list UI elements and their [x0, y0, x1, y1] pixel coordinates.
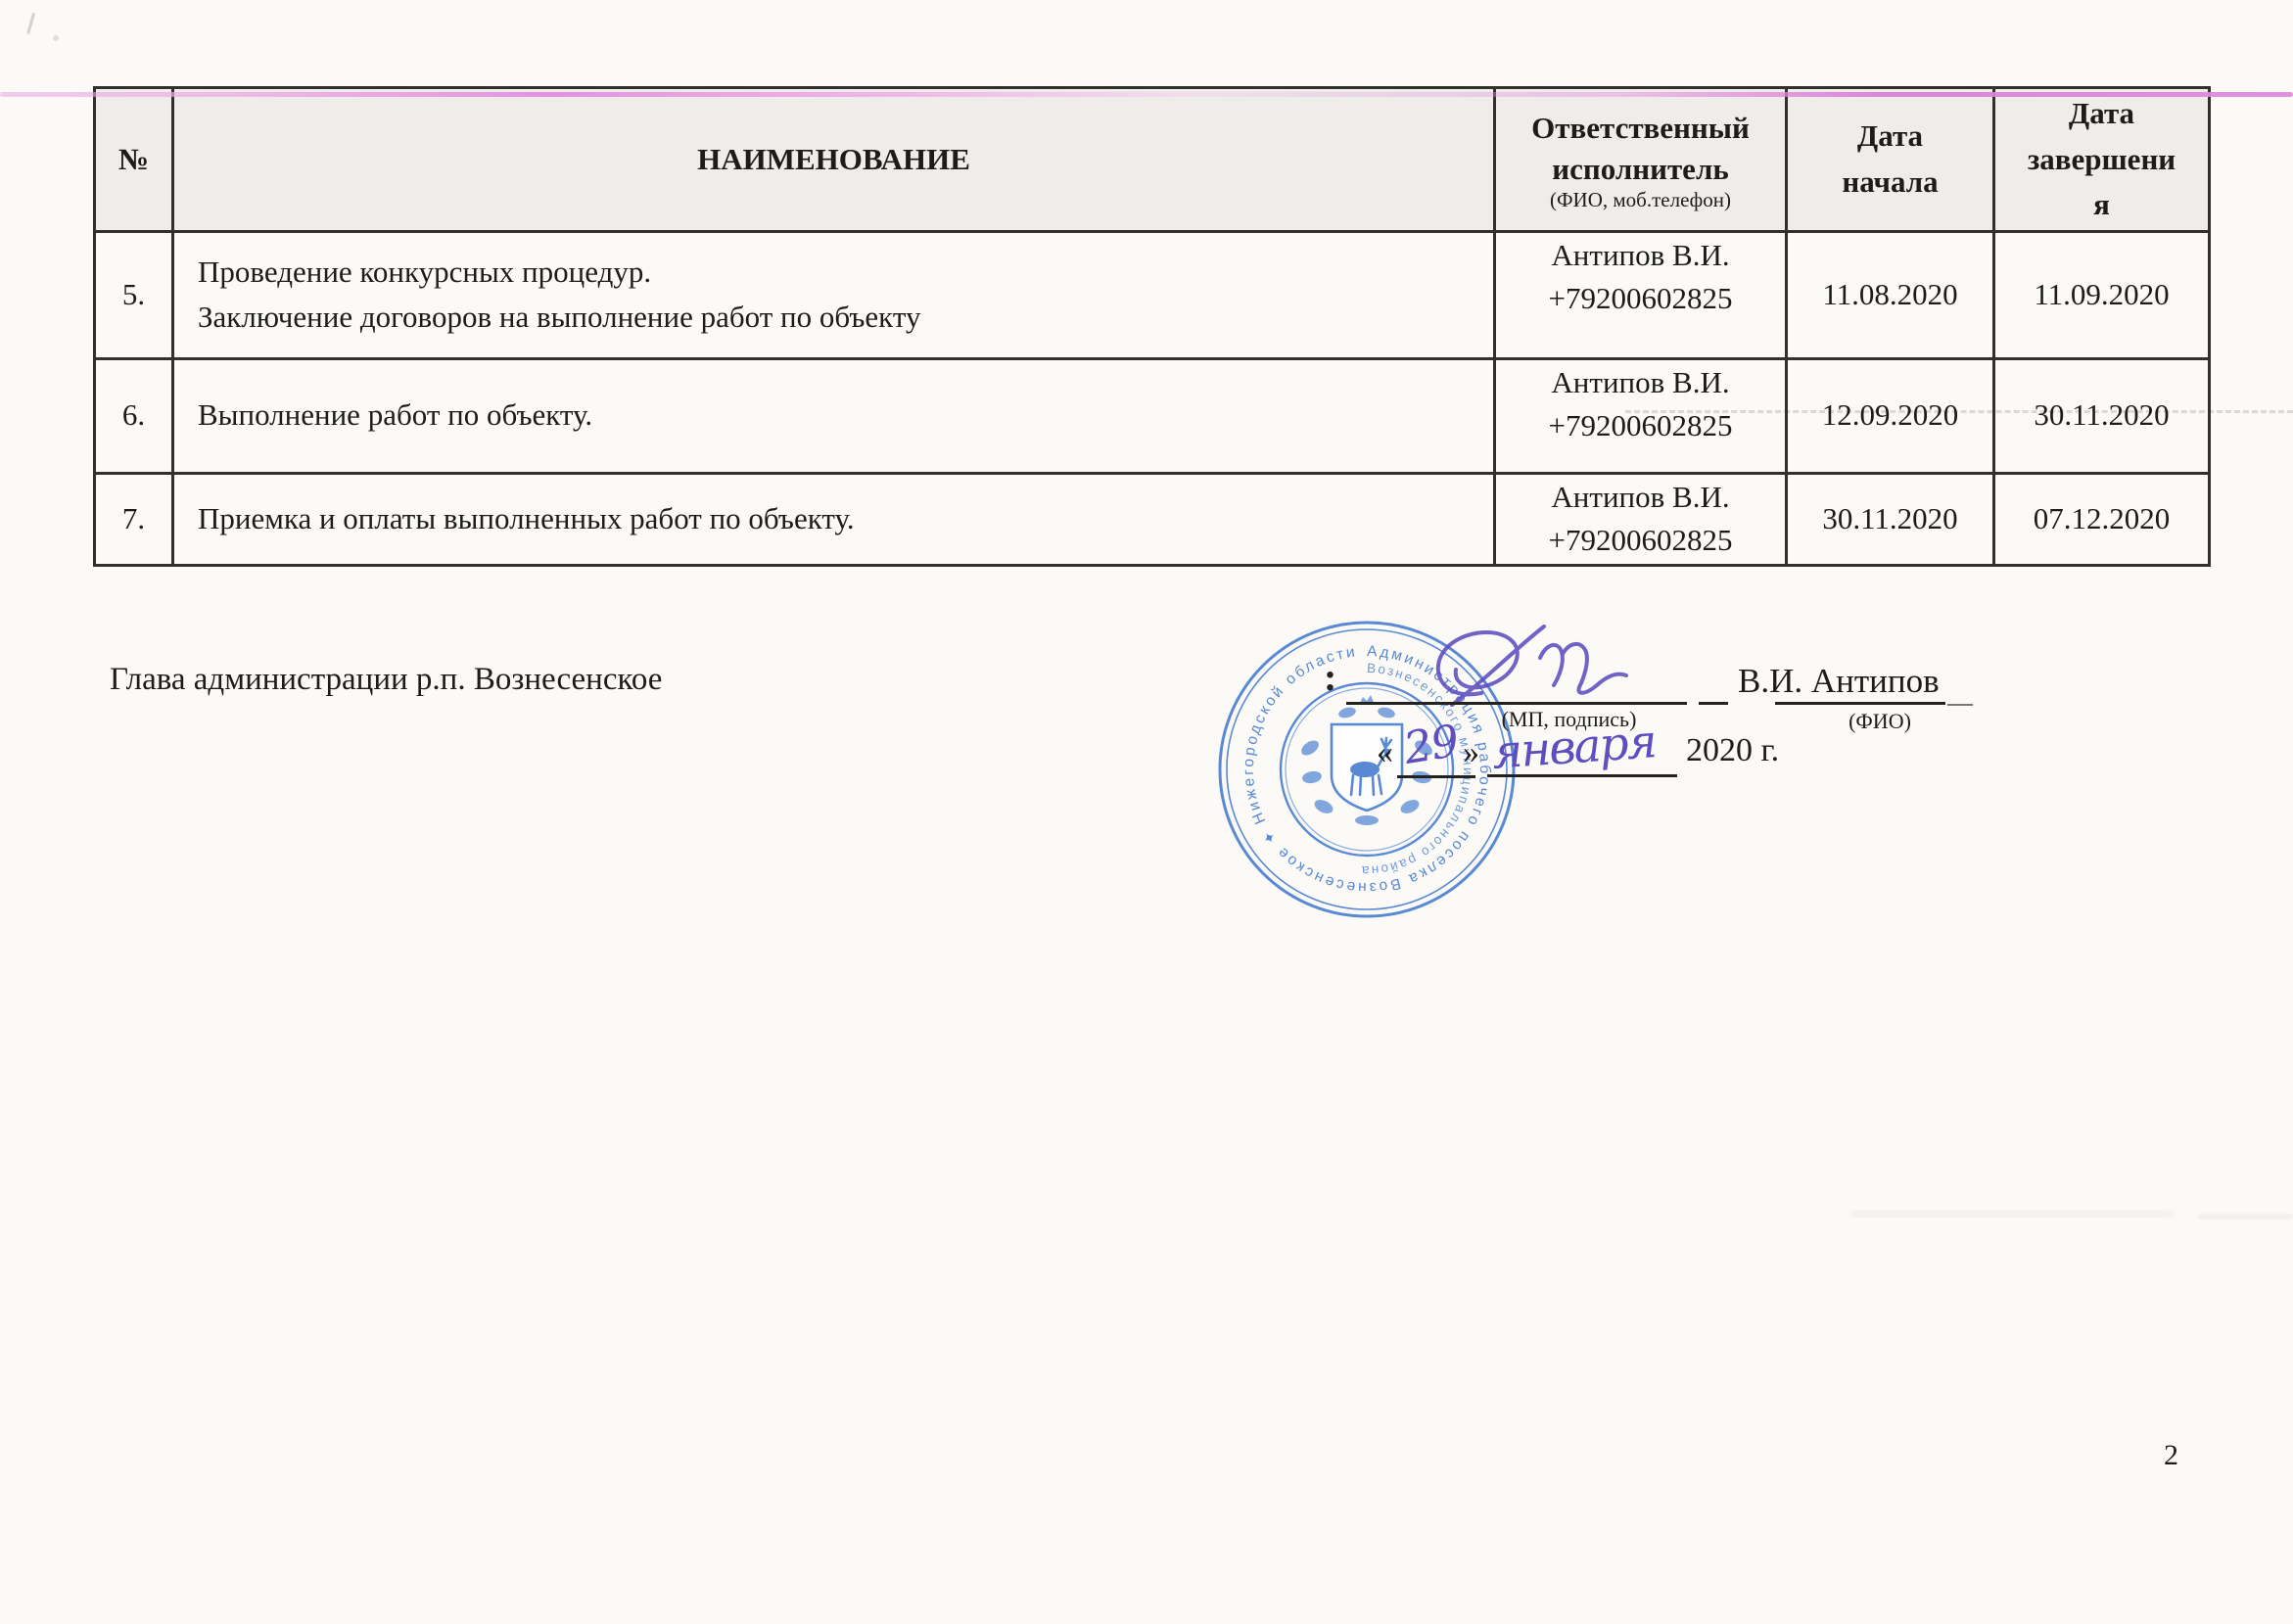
header-date-end: Дата завершени я [1994, 88, 2210, 232]
header-name: НАИМЕНОВАНИЕ [173, 88, 1495, 232]
row-date-start: 30.11.2020 [1787, 473, 1994, 565]
header-num: № [95, 88, 173, 232]
row-number: 7. [95, 473, 173, 565]
quote-open-mark: « [1377, 734, 1393, 771]
document-page: № НАИМЕНОВАНИЕ Ответственный исполнитель… [0, 0, 2293, 1624]
header-executor-title: Ответственный исполнитель [1502, 108, 1779, 190]
scan-smudge [2198, 1214, 2293, 1220]
table-row: 7. Приемка и оплаты выполненных работ по… [95, 473, 2210, 565]
handwritten-month: января [1490, 715, 1657, 779]
table-row: 6. Выполнение работ по объекту. Антипов … [95, 358, 2210, 473]
page-number: 2 [2164, 1439, 2178, 1472]
row-date-end: 30.11.2020 [1994, 358, 2210, 473]
executor-name: Антипов В.И. [1502, 234, 1779, 277]
fio-caption: (ФИО) [1819, 709, 1941, 734]
table-header-row: № НАИМЕНОВАНИЕ Ответственный исполнитель… [95, 88, 2210, 232]
row-executor: Антипов В.И. +79200602825 [1495, 473, 1787, 565]
row-number: 6. [95, 358, 173, 473]
header-date-start: Дата начала [1787, 88, 1994, 232]
underscore-line [1699, 702, 1728, 705]
name-underline [1775, 702, 1945, 705]
row-date-end: 11.09.2020 [1994, 231, 2210, 358]
executor-name: Антипов В.И. [1502, 361, 1779, 404]
day-underline [1397, 775, 1475, 778]
quote-close-mark: » [1463, 734, 1479, 771]
signer-position-title: Глава администрации р.п. Вознесенское [110, 662, 662, 698]
row-date-end: 07.12.2020 [1994, 473, 2210, 565]
year-text: 2020 г. [1686, 732, 1779, 769]
signer-name: В.И. Антипов [1738, 662, 1940, 701]
executor-phone: +79200602825 [1502, 277, 1779, 320]
header-executor-subtitle: (ФИО, моб.телефон) [1502, 188, 1779, 211]
handwritten-day: 29 [1400, 715, 1462, 774]
handwritten-signature [1425, 623, 1669, 720]
scan-speck [26, 13, 43, 36]
row-task-name: Выполнение работ по объекту. [173, 358, 1495, 473]
colon-mark: : [1324, 654, 1336, 700]
scan-speck [53, 35, 59, 41]
table-row: 5. Проведение конкурсных процедур. Заклю… [95, 231, 2210, 358]
executor-phone: +79200602825 [1502, 404, 1779, 447]
row-task-name: Проведение конкурсных процедур. Заключен… [173, 231, 1495, 358]
row-date-start: 12.09.2020 [1787, 358, 1994, 473]
scan-smudge [1850, 1210, 2174, 1218]
row-executor: Антипов В.И. +79200602825 [1495, 358, 1787, 473]
schedule-table: № НАИМЕНОВАНИЕ Ответственный исполнитель… [93, 86, 2211, 567]
signature-line [1346, 702, 1687, 705]
header-executor: Ответственный исполнитель (ФИО, моб.теле… [1495, 88, 1787, 232]
row-date-start: 11.08.2020 [1787, 231, 1994, 358]
executor-phone: +79200602825 [1502, 519, 1779, 562]
row-number: 5. [95, 231, 173, 358]
row-task-name: Приемка и оплаты выполненных работ по об… [173, 473, 1495, 565]
name-underline-tail [1947, 704, 1973, 706]
executor-name: Антипов В.И. [1502, 476, 1779, 519]
row-executor: Антипов В.И. +79200602825 [1495, 231, 1787, 358]
